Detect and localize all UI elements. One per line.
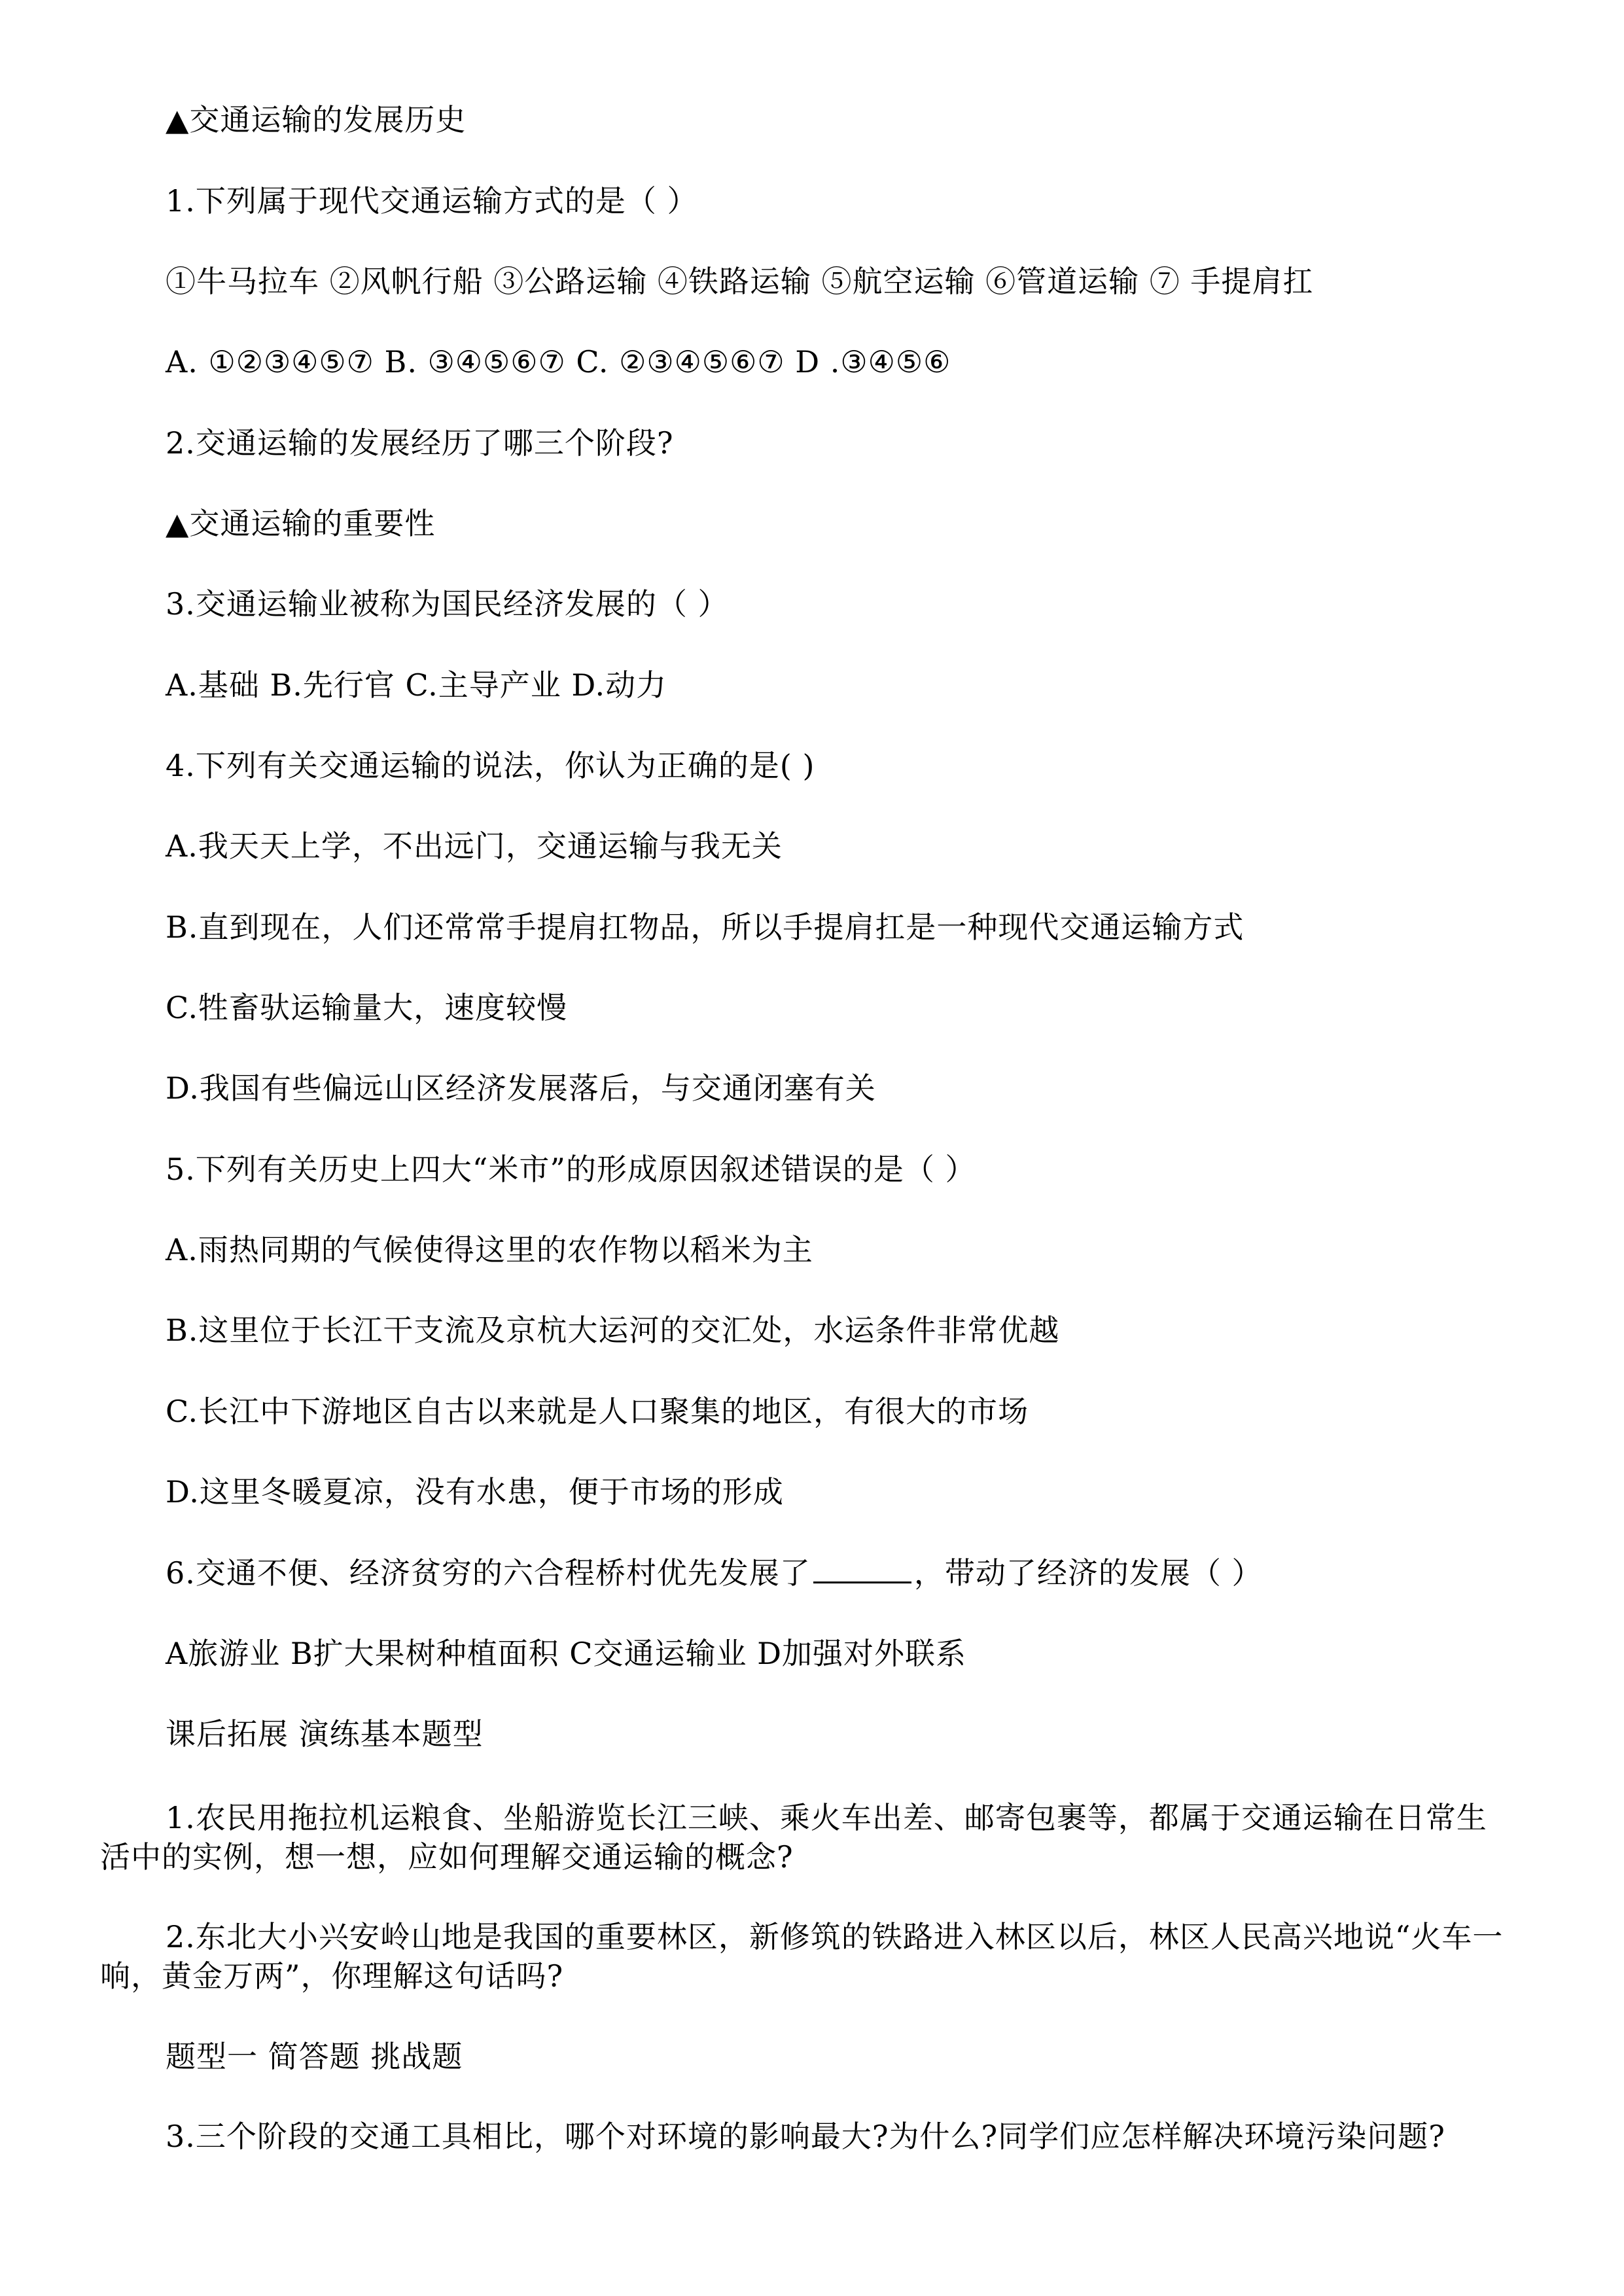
section-heading-extension: 课后拓展 演练基本题型	[166, 1714, 484, 1754]
section-heading-history: ▲交通运输的发展历史	[166, 100, 466, 139]
question-5-option-c: C.长江中下游地区自古以来就是人口聚集的地区，有很大的市场	[166, 1392, 1029, 1431]
question-3: 3.交通运输业被称为国民经济发展的（ ）	[166, 584, 729, 624]
question-4-option-c: C.牲畜驮运输量大，速度较慢	[166, 988, 567, 1027]
section-heading-importance: ▲交通运输的重要性	[166, 504, 435, 543]
question-2: 2.交通运输的发展经历了哪三个阶段?	[166, 423, 674, 463]
question-4-option-b: B.直到现在，人们还常常手提肩扛物品，所以手提肩扛是一种现代交通运输方式	[166, 908, 1244, 947]
question-5-option-d: D.这里冬暖夏凉，没有水患，便于市场的形成	[166, 1472, 784, 1511]
question-5-option-a: A.雨热同期的气候使得这里的农作物以稻米为主	[166, 1230, 813, 1269]
question-4-option-d: D.我国有些偏远山区经济发展落后，与交通闭塞有关	[166, 1069, 876, 1108]
question-6-text-before: 6.交通不便、经济贫穷的六合程桥村优先发展了	[166, 1555, 811, 1591]
extension-question-1: 1.农民用拖拉机运粮食、坐船游览长江三峡、乘火车出差、邮寄包裹等，都属于交通运输…	[100, 1798, 1507, 1877]
question-4-option-a: A.我天天上学，不出远门，交通运输与我无关	[166, 826, 783, 866]
section-heading-challenge: 题型一 简答题 挑战题	[166, 2037, 463, 2076]
question-1: 1.下列属于现代交通运输方式的是（ ）	[166, 181, 698, 221]
question-5: 5.下列有关历史上四大“米市”的形成原因叙述错误的是（ ）	[166, 1150, 976, 1189]
question-6-text-after: ，带动了经济的发展（ ）	[914, 1555, 1263, 1591]
answer-blank	[813, 1553, 911, 1583]
question-5-option-b: B.这里位于长江干支流及京杭大运河的交汇处，水运条件非常优越	[166, 1311, 1059, 1350]
question-4: 4.下列有关交通运输的说法，你认为正确的是( )	[166, 746, 815, 785]
challenge-question-3: 3.三个阶段的交通工具相比，哪个对环境的影响最大?为什么?同学们应怎样解决环境污…	[166, 2117, 1445, 2156]
question-6-choices: A旅游业 B扩大果树种植面积 C交通运输业 D加强对外联系	[166, 1634, 966, 1673]
question-1-stem-options: ①牛马拉车 ②风帆行船 ③公路运输 ④铁路运输 ⑤航空运输 ⑥管道运输 ⑦ 手提…	[166, 262, 1313, 301]
question-3-choices: A.基础 B.先行官 C.主导产业 D.动力	[166, 665, 667, 705]
document-page: ▲交通运输的发展历史 1.下列属于现代交通运输方式的是（ ） ①牛马拉车 ②风帆…	[0, 0, 1624, 2296]
extension-question-2: 2.东北大小兴安岭山地是我国的重要林区，新修筑的铁路进入林区以后，林区人民高兴地…	[100, 1917, 1507, 1996]
question-1-choices: A. ①②③④⑤⑦ B. ③④⑤⑥⑦ C. ②③④⑤⑥⑦ D .③④⑤⑥	[166, 342, 951, 381]
question-6: 6.交通不便、经济贫穷的六合程桥村优先发展了，带动了经济的发展（ ）	[166, 1553, 1263, 1593]
